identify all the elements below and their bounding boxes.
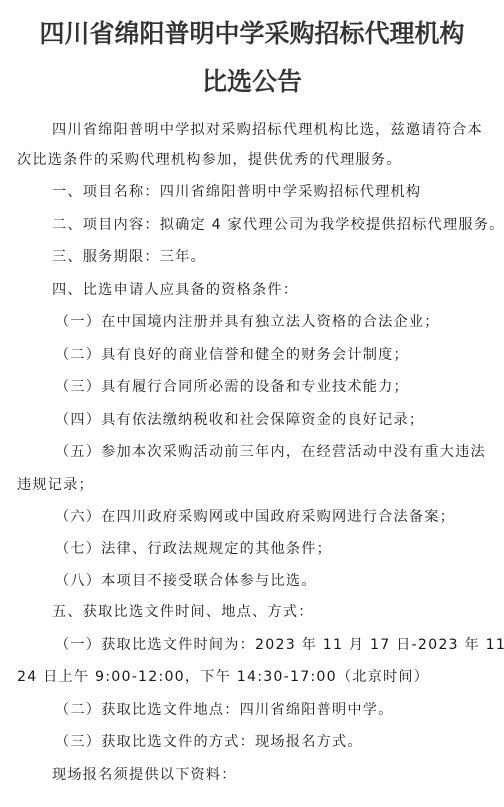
title-line-2: 比选公告 [0, 62, 504, 98]
intro-paragraph-line-1: 四川省绵阳普明中学拟对采购招标代理机构比选，兹邀请符合本 [0, 121, 504, 139]
onsite-requirements: 现场报名须提供以下资料： [0, 766, 504, 784]
qualification-5-line-1: （五）参加本次采购活动前三年内，在经营活动中没有重大违法 [0, 443, 504, 461]
title-line-1: 四川省绵阳普明中学采购招标代理机构 [0, 14, 504, 50]
qualification-6: （六）在四川政府采购网或中国政府采购网进行合法备案； [0, 508, 504, 526]
qualification-4: （四）具有依法缴纳税收和社会保障资金的良好记录； [0, 411, 504, 429]
announcement-page: 四川省绵阳普明中学采购招标代理机构 比选公告 四川省绵阳普明中学拟对采购招标代理… [0, 0, 504, 807]
section-qualifications: 四、比选申请人应具备的资格条件： [0, 281, 504, 299]
intro-paragraph-line-2: 次比选条件的采购代理机构参加，提供优秀的代理服务。 [0, 151, 504, 169]
qualification-1: （一）在中国境内注册并具有独立法人资格的合法企业； [0, 313, 504, 331]
obtain-time-line-1: （一）获取比选文件时间为：2023 年 11 月 17 日-2023 年 11 … [0, 636, 504, 654]
obtain-time-line-2: 24 日上午 9:00-12:00，下午 14:30-17:00（北京时间） [0, 668, 504, 686]
obtain-location: （二）获取比选文件地点：四川省绵阳普明中学。 [0, 701, 504, 719]
qualification-7: （七）法律、行政法规规定的其他条件； [0, 540, 504, 558]
section-project-name: 一、项目名称：四川省绵阳普明中学采购招标代理机构 [0, 183, 504, 201]
qualification-5-line-2: 违规记录； [0, 476, 504, 494]
qualification-2: （二）具有良好的商业信誉和健全的财务会计制度； [0, 346, 504, 364]
qualification-3: （三）具有履行合同所必需的设备和专业技术能力； [0, 378, 504, 396]
section-service-period: 三、服务期限：三年。 [0, 248, 504, 266]
section-obtain-documents: 五、获取比选文件时间、地点、方式： [0, 603, 504, 621]
section-project-content: 二、项目内容：拟确定 4 家代理公司为我学校提供招标代理服务。 [0, 216, 504, 234]
obtain-method: （三）获取比选文件的方式：现场报名方式。 [0, 733, 504, 751]
qualification-8: （八）本项目不接受联合体参与比选。 [0, 572, 504, 590]
